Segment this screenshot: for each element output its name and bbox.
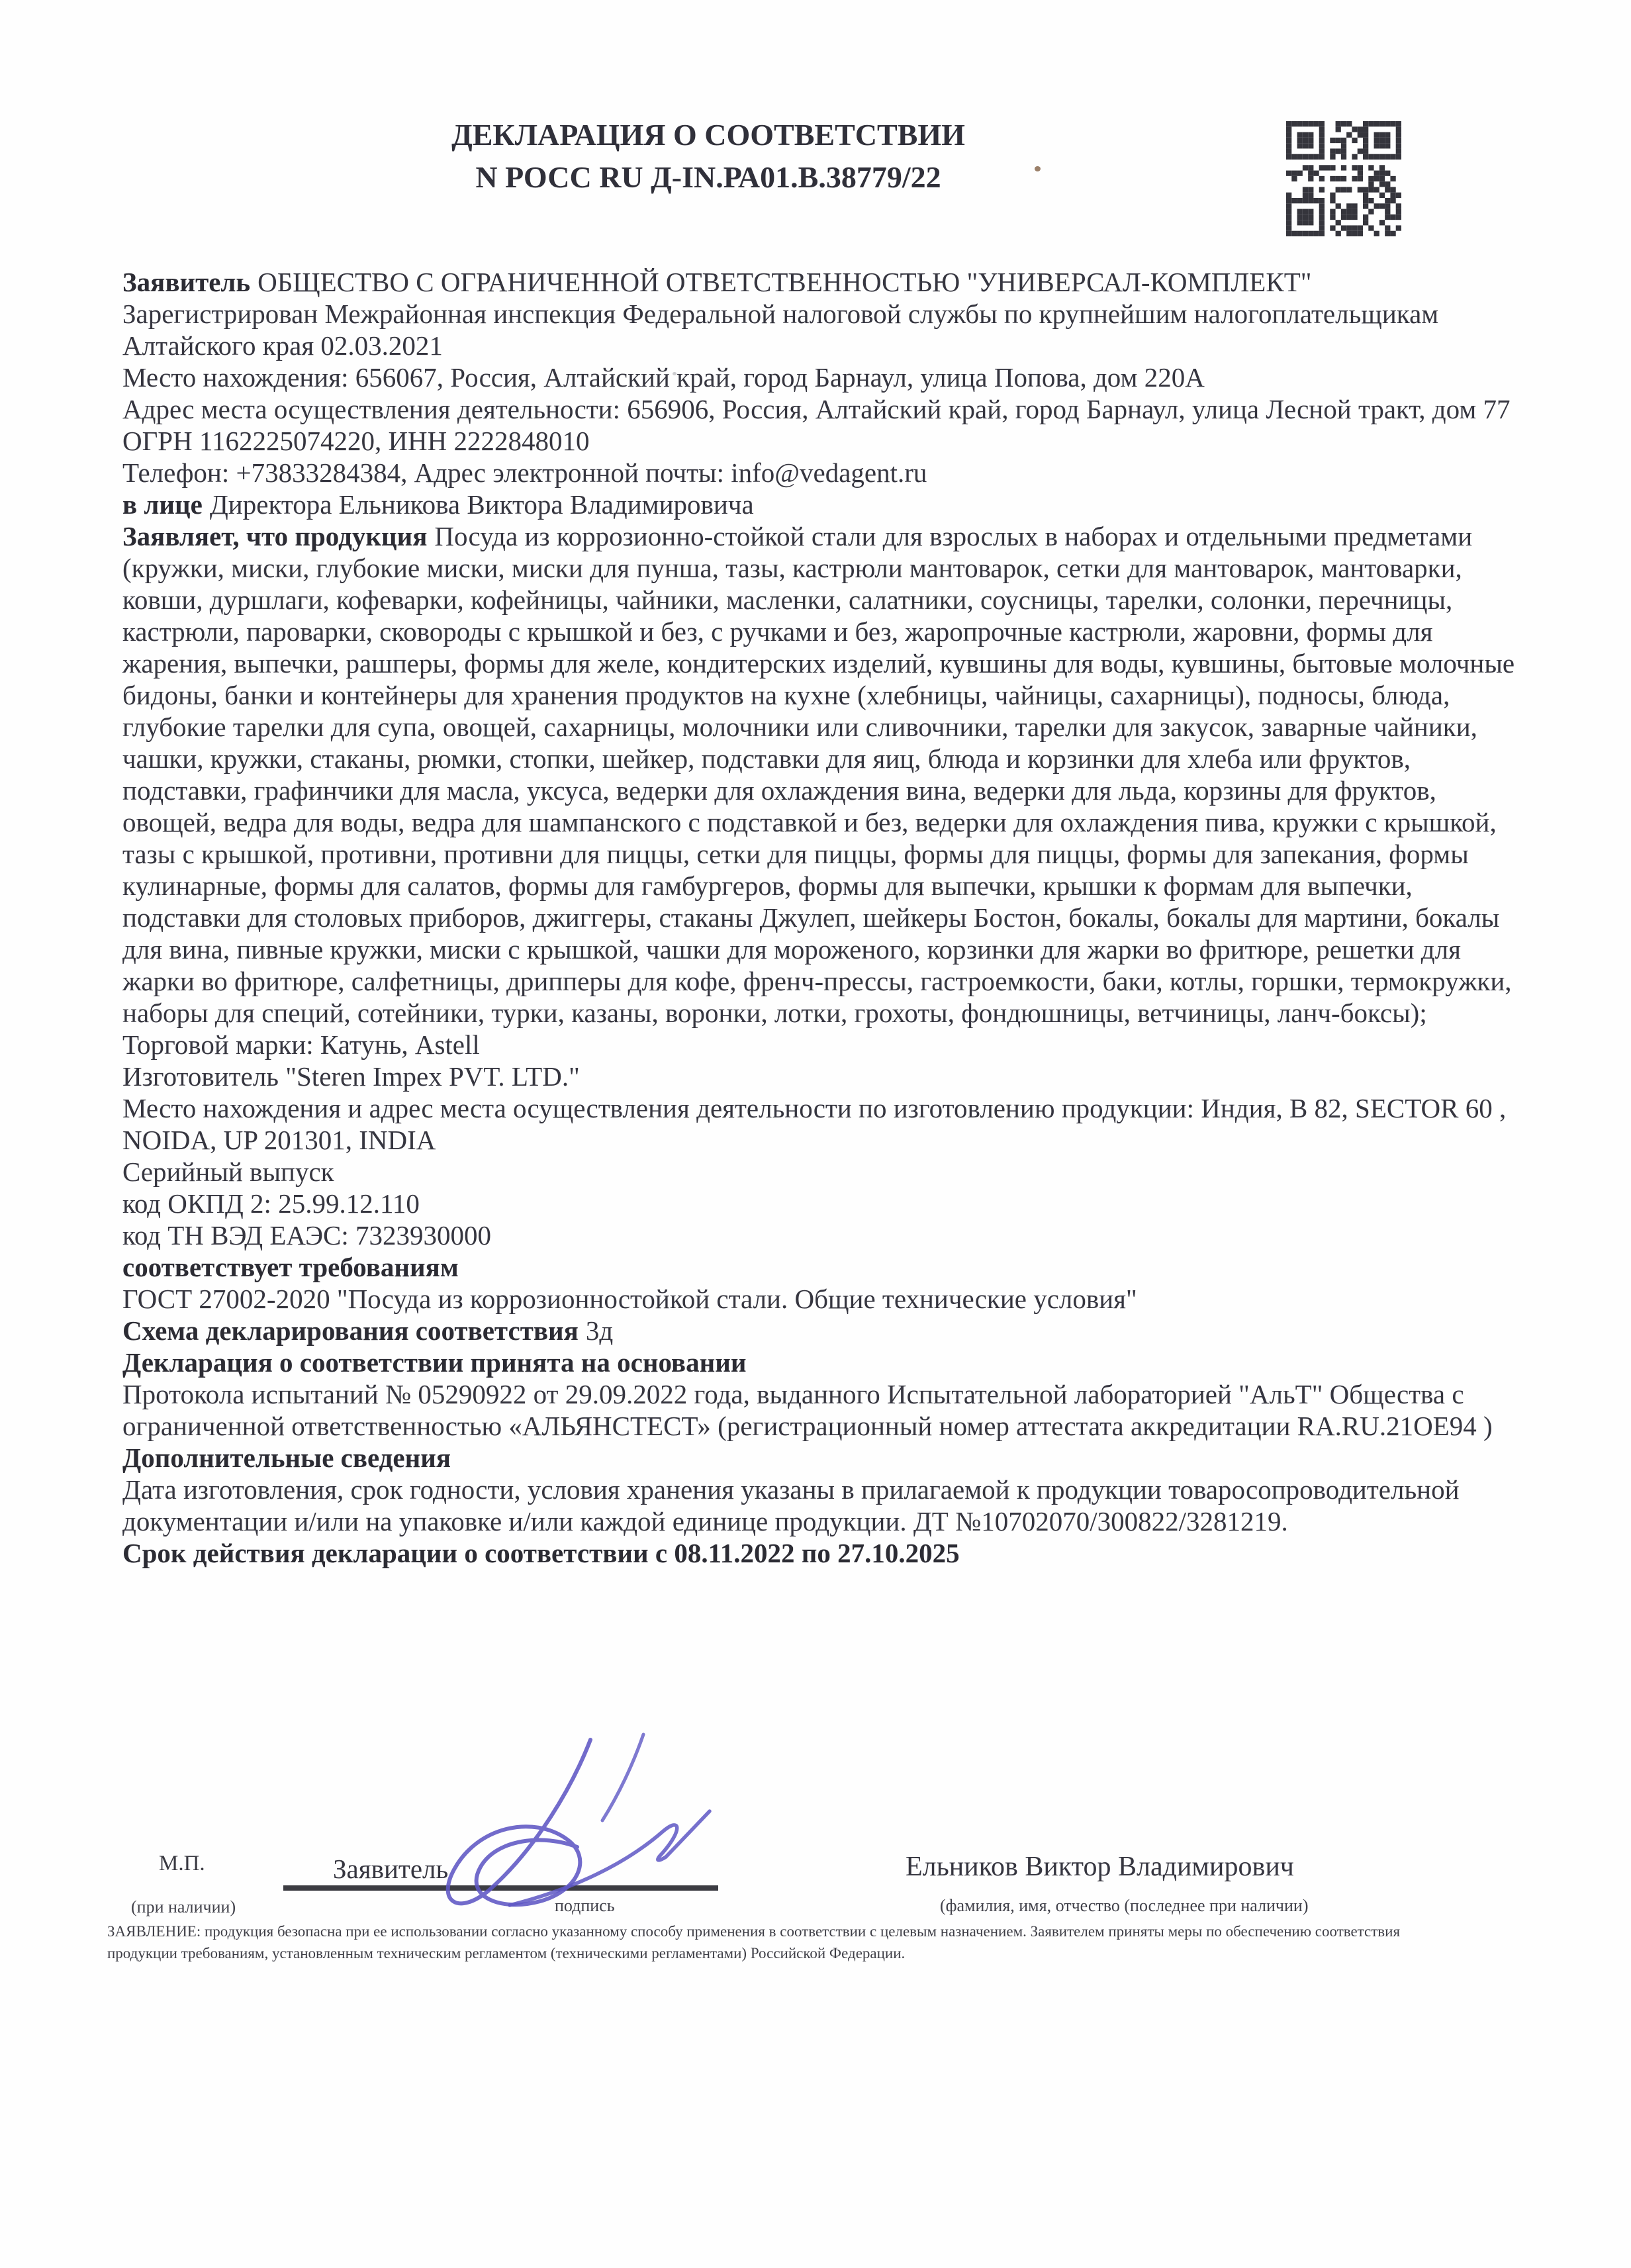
- represented-by-label: в лице: [122, 489, 203, 520]
- footer-statement: ЗАЯВЛЕНИЕ: продукция безопасна при ее ис…: [107, 1920, 1405, 1964]
- manufacturer-address-line: Место нахождения и адрес места осуществл…: [122, 1092, 1520, 1156]
- applicant-activity-address-line: Адрес места осуществления деятельности: …: [122, 393, 1520, 425]
- applicant-label: Заявитель: [122, 267, 250, 297]
- represented-by-value: Директора Ельникова Виктора Владимирович…: [210, 489, 754, 520]
- document-body: ЗаявительОБЩЕСТВО С ОГРАНИЧЕННОЙ ОТВЕТСТ…: [122, 266, 1520, 1569]
- applicant-contacts-line: Телефон: +73833284384, Адрес электронной…: [122, 457, 1520, 489]
- title-line1: ДЕКЛАРАЦИЯ О СООТВЕТСТВИИ: [0, 114, 1417, 156]
- signature-applicant-label: Заявитель: [333, 1853, 448, 1885]
- applicant-represented-by-line: в лицеДиректора Ельникова Виктора Владим…: [122, 489, 1520, 520]
- applicant-location-line: Место нахождения: 656067, Россия, Алтайс…: [122, 361, 1520, 393]
- scheme-label: Схема декларирования соответствия: [122, 1315, 579, 1346]
- applicant-name-line: ЗаявительОБЩЕСТВО С ОГРАНИЧЕННОЙ ОТВЕТСТ…: [122, 266, 1520, 298]
- signature-underline: [283, 1885, 718, 1891]
- signatory-name: Ельников Виктор Владимирович: [906, 1851, 1294, 1883]
- signature-strokes: [448, 1734, 710, 1905]
- qr-code-icon: [1286, 121, 1401, 236]
- declaration-scheme-line: Схема декларирования соответствия3д: [122, 1315, 1520, 1347]
- tnved-code-line: код ТН ВЭД ЕАЭС: 7323930000: [122, 1219, 1520, 1251]
- applicant-registered-line: Зарегистрирован Межрайонная инспекция Фе…: [122, 298, 1520, 361]
- document-title: ДЕКЛАРАЦИЯ О СООТВЕТСТВИИ N РОСС RU Д-IN…: [0, 114, 1417, 199]
- basis-text: Протокола испытаний № 05290922 от 29.09.…: [122, 1378, 1520, 1442]
- product-declaration-paragraph: Заявляет, что продукцияПосуда из коррози…: [122, 520, 1520, 1061]
- title-line2: N РОСС RU Д-IN.РА01.В.38779/22: [0, 156, 1417, 199]
- applicant-ogrn-inn-line: ОГРН 1162225074220, ИНН 2222848010: [122, 425, 1520, 457]
- scan-speck: [503, 1299, 506, 1301]
- additional-info-text: Дата изготовления, срок годности, услови…: [122, 1474, 1520, 1537]
- compliance-standard-line: ГОСТ 27002-2020 "Посуда из коррозионност…: [122, 1283, 1520, 1315]
- declares-label: Заявляет, что продукция: [122, 521, 427, 551]
- compliance-header: соответствует требованиям: [122, 1251, 1520, 1283]
- manufacturer-name-line: Изготовитель "Steren Impex PVT. LTD.": [122, 1061, 1520, 1092]
- additional-info-header: Дополнительные сведения: [122, 1442, 1520, 1474]
- serial-issue-line: Серийный выпуск: [122, 1156, 1520, 1188]
- signature-note: подпись: [555, 1896, 615, 1916]
- validity-period-line: Срок действия декларации о соответствии …: [122, 1537, 1520, 1569]
- applicant-name: ОБЩЕСТВО С ОГРАНИЧЕННОЙ ОТВЕТСТВЕННОСТЬЮ…: [257, 267, 1311, 297]
- okpd-code-line: код ОКПД 2: 25.99.12.110: [122, 1188, 1520, 1219]
- signatory-name-note: (фамилия, имя, отчество (последнее при н…: [940, 1896, 1309, 1916]
- stamp-place-label: М.П.: [159, 1852, 205, 1876]
- stamp-place-note: (при наличии): [131, 1897, 236, 1917]
- product-description: Посуда из коррозионно-стойкой стали для …: [122, 521, 1515, 1060]
- scan-speck: [1035, 166, 1041, 171]
- document-page: ДЕКЛАРАЦИЯ О СООТВЕТСТВИИ N РОСС RU Д-IN…: [0, 0, 1631, 2268]
- scheme-value: 3д: [586, 1315, 613, 1346]
- scan-speck: [673, 372, 676, 375]
- basis-header: Декларация о соответствии принята на осн…: [122, 1347, 1520, 1378]
- handwritten-signature: [344, 1726, 741, 1925]
